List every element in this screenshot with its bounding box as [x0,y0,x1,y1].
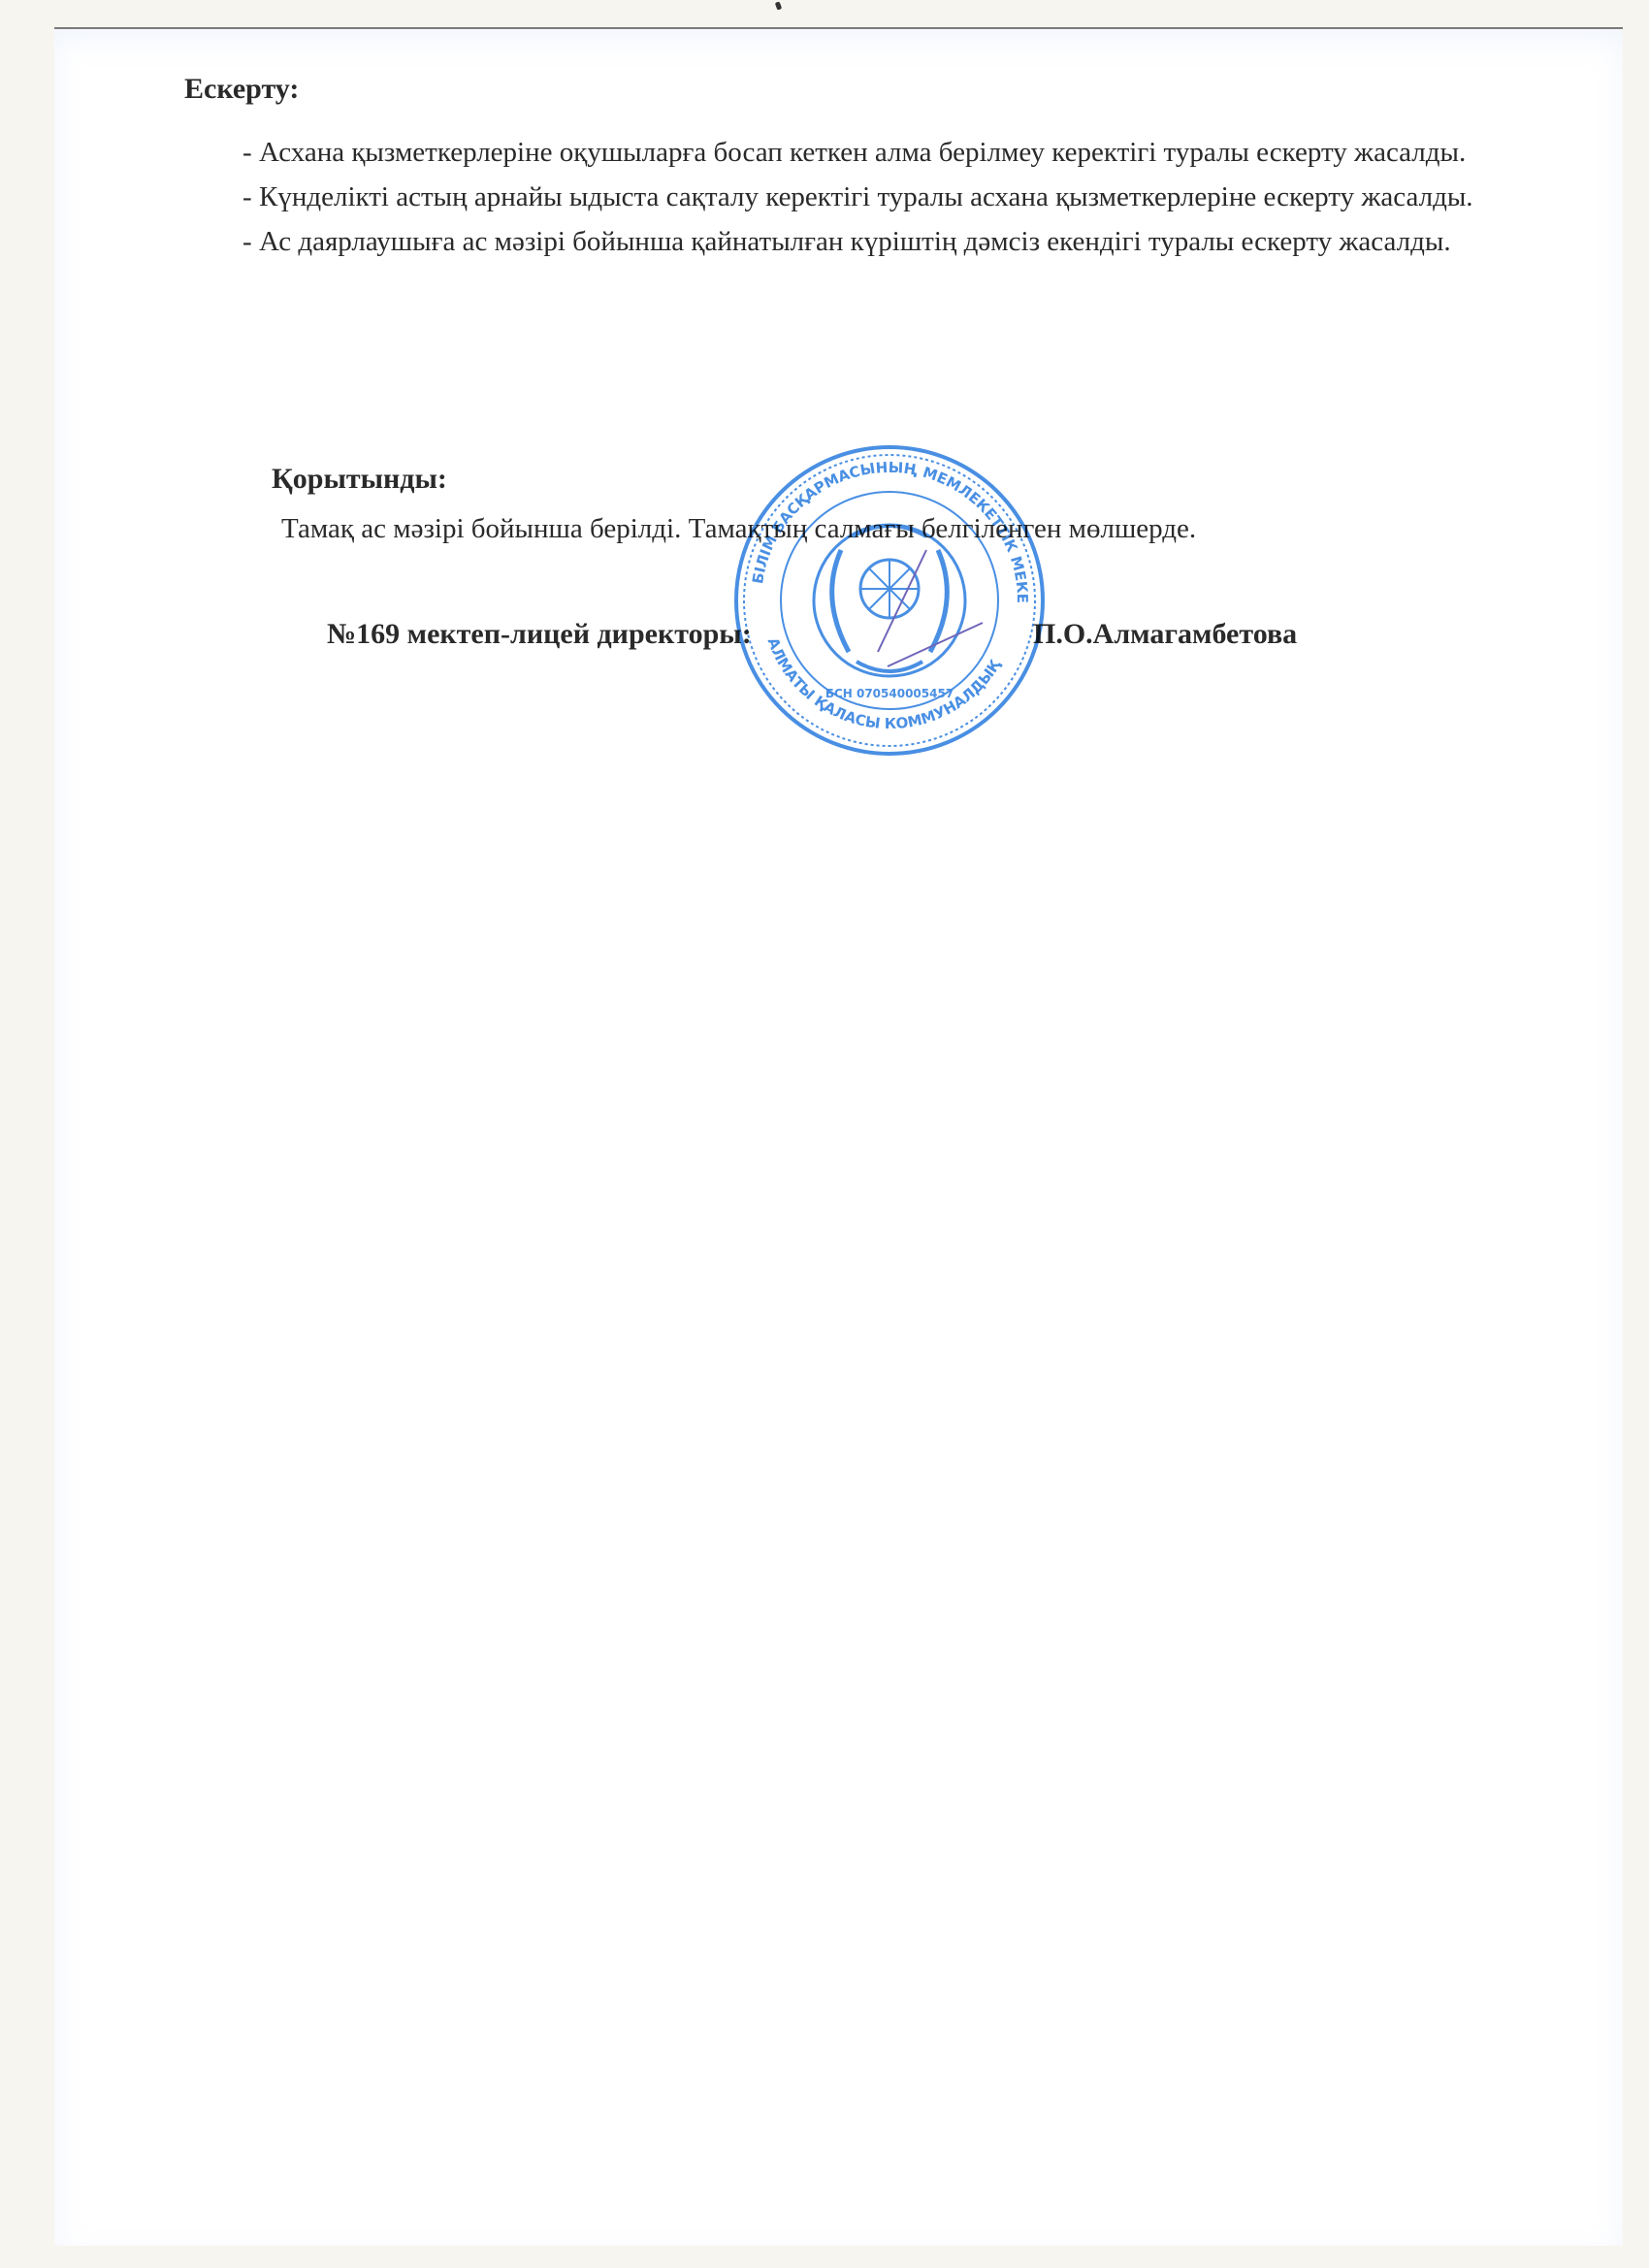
official-seal-icon: БІЛІМ БАСҚАРМАСЫНЫҢ МЕМЛЕКЕТТІК МЕКЕМЕСІ… [732,443,1047,758]
note-item: - Күнделікті астың арнайы ыдыста сақталу… [242,175,1596,219]
signature-position: №169 мектеп-лицей директоры: [327,620,752,649]
scan-speck [775,1,782,10]
conclusion-text: Тамақ ас мәзірі бойынша берілді. Тамақты… [281,506,1196,551]
bullet-dash: - [242,130,252,175]
bullet-dash: - [242,219,252,264]
svg-text:БСН 070540005457: БСН 070540005457 [825,687,954,700]
document-page: Ескерту: - Асхана қызметкерлеріне оқушыл… [54,27,1623,2246]
bullet-dash: - [242,175,252,219]
note-text: Ас даярлаушыға ас мәзірі бойынша қайнаты… [259,226,1451,257]
svg-text:АЛМАТЫ ҚАЛАСЫ КОММУНАЛДЫҚ: АЛМАТЫ ҚАЛАСЫ КОММУНАЛДЫҚ [764,635,1005,732]
note-item: - Асхана қызметкерлеріне оқушыларға боса… [242,130,1596,175]
note-item: - Ас даярлаушыға ас мәзірі бойынша қайна… [242,219,1596,264]
conclusion-heading: Қорытынды: [272,465,447,494]
note-text: Күнделікті астың арнайы ыдыста сақталу к… [259,181,1473,212]
note-text: Асхана қызметкерлеріне оқушыларға босап … [259,137,1466,168]
notes-heading: Ескерту: [184,75,299,104]
signature-name: П.О.Алмагамбетова [1033,620,1297,649]
notes-list: - Асхана қызметкерлеріне оқушыларға боса… [242,130,1596,264]
